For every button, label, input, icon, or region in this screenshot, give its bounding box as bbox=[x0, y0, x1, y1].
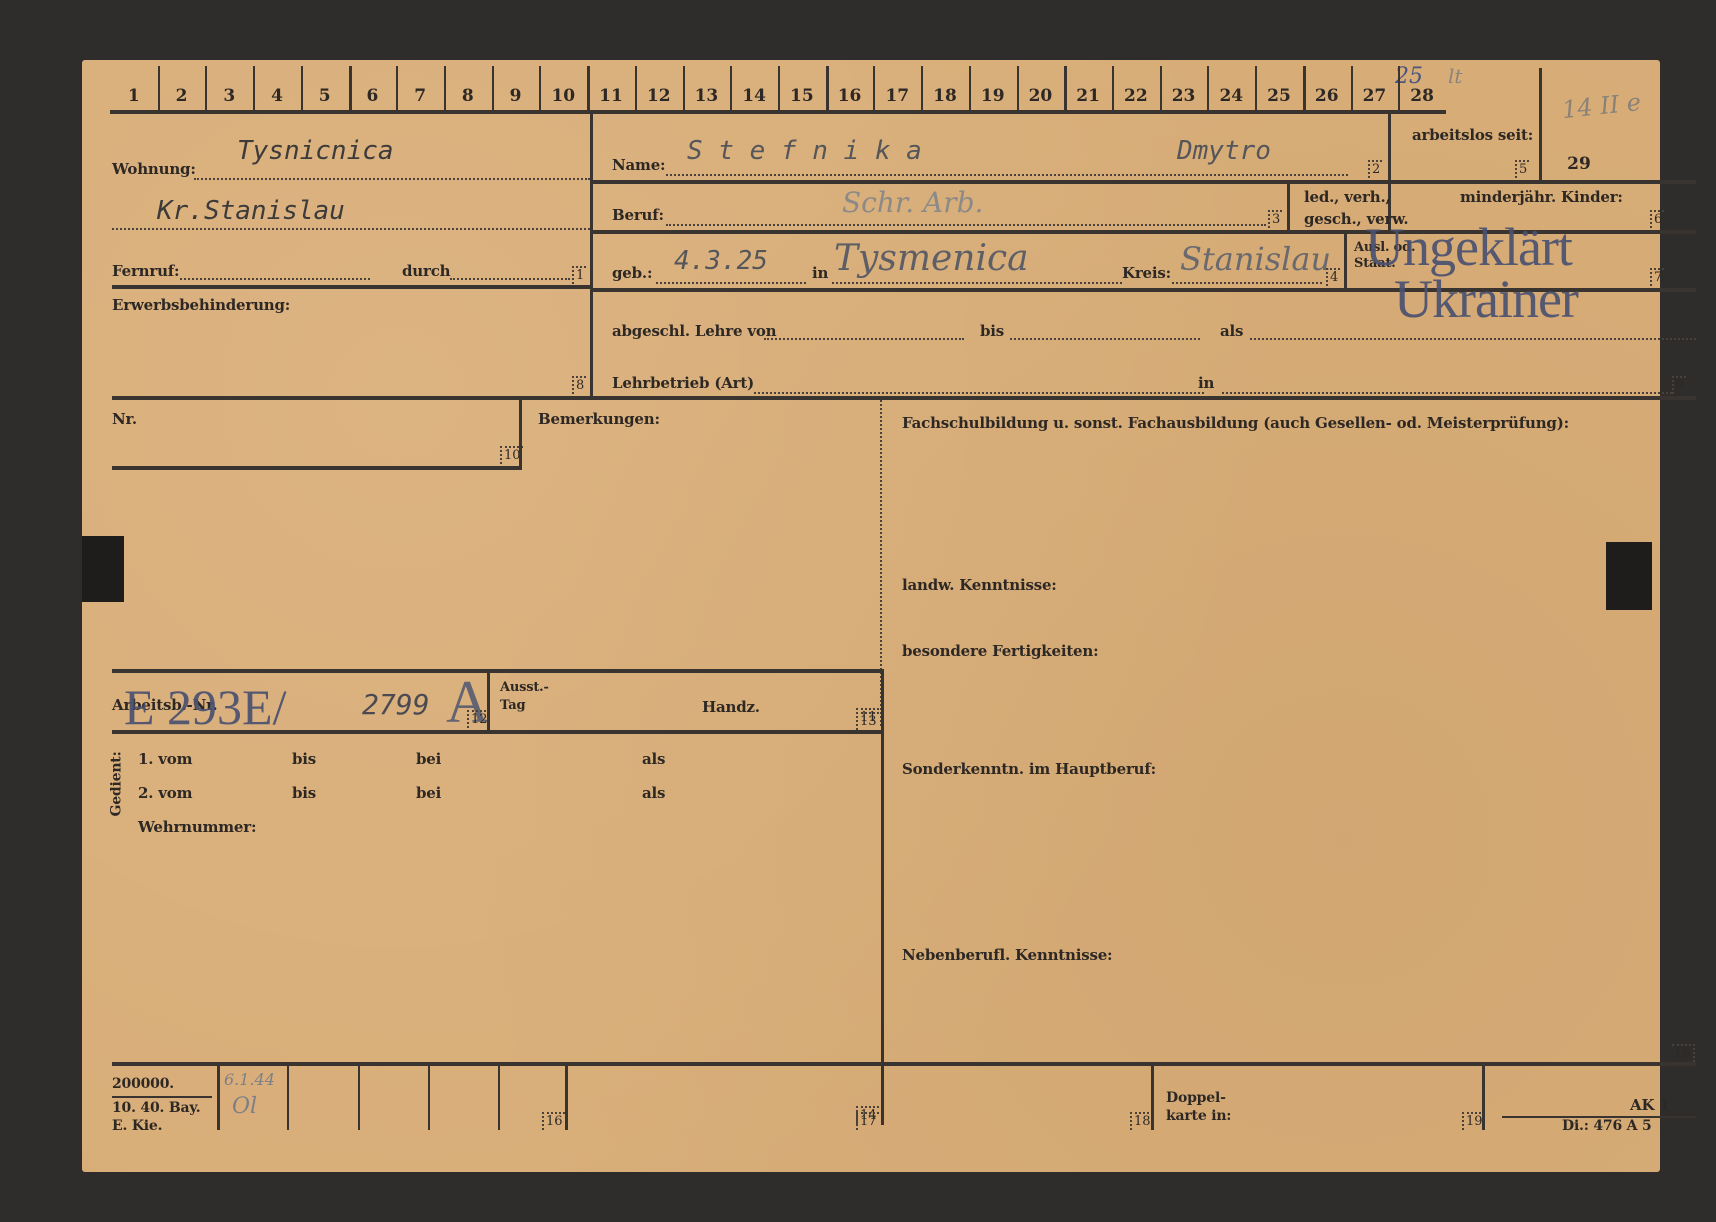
beruf-label: Beruf: bbox=[612, 206, 664, 224]
footer-hand-date: 6.1.44 bbox=[224, 1070, 275, 1089]
footer-divider-d bbox=[428, 1064, 430, 1130]
field-no-3: 3 bbox=[1268, 210, 1282, 228]
form-code: AK 1 bbox=[1630, 1096, 1670, 1114]
geb-place-line bbox=[832, 282, 1122, 284]
header-number-7: 7 bbox=[400, 86, 440, 106]
header-number-2: 2 bbox=[162, 86, 202, 106]
gedient-row1-bis: bis bbox=[292, 750, 316, 768]
divider-geb-staat bbox=[1344, 230, 1347, 288]
wohnung-value-line2: Kr.Stanislau bbox=[157, 196, 345, 226]
sonderkenntn-label: Sonderkenntn. im Hauptberuf: bbox=[902, 760, 1156, 778]
gedient-row2-als: als bbox=[642, 784, 665, 802]
header-column-divider bbox=[635, 66, 637, 110]
header-number-12: 12 bbox=[639, 86, 679, 106]
line-below-arbeitsbuch bbox=[112, 730, 884, 734]
header-number-9: 9 bbox=[496, 86, 536, 106]
handwritten-corner-note: 14 II e bbox=[1561, 88, 1642, 124]
header-column-divider bbox=[730, 66, 732, 110]
handwritten-above-27: lt bbox=[1448, 64, 1462, 88]
header-number-3: 3 bbox=[209, 86, 249, 106]
header-column-divider bbox=[492, 66, 494, 110]
header-number-6: 6 bbox=[352, 86, 392, 106]
header-number-27: 27 bbox=[1354, 86, 1394, 106]
header-number-10: 10 bbox=[543, 86, 583, 106]
header-number-26: 26 bbox=[1307, 86, 1347, 106]
field-no-6: 6 bbox=[1650, 210, 1664, 228]
header-column-divider bbox=[1398, 66, 1400, 110]
landw-label: landw. Kenntnisse: bbox=[902, 576, 1057, 594]
name-line bbox=[666, 174, 1348, 176]
header-column-divider bbox=[158, 66, 160, 110]
familienstand-label-1: led., verh., bbox=[1304, 188, 1391, 206]
gedient-row2-bei: bei bbox=[416, 784, 441, 802]
footer-divider-b bbox=[287, 1064, 289, 1130]
form-ref: Di.: 476 A 5 bbox=[1562, 1118, 1652, 1134]
divider-col-29 bbox=[1539, 68, 1542, 180]
kreis-line bbox=[1172, 282, 1322, 284]
kreis-label: Kreis: bbox=[1122, 264, 1171, 282]
besondere-label: besondere Fertigkeiten: bbox=[902, 642, 1098, 660]
header-number-28: 28 bbox=[1402, 86, 1442, 106]
lehre-als-line bbox=[1250, 338, 1696, 340]
durch-line bbox=[450, 278, 570, 280]
lehre-label: abgeschl. Lehre von bbox=[612, 322, 776, 340]
lehrbetrieb-line bbox=[754, 392, 1204, 394]
geb-date-line bbox=[656, 282, 806, 284]
arbeitslos-label: arbeitslos seit: bbox=[1412, 126, 1533, 144]
line-below-lehrbetrieb bbox=[112, 396, 1696, 400]
gedient-side-label: Gedient: bbox=[109, 751, 125, 816]
gedient-row2-bis: bis bbox=[292, 784, 316, 802]
field-no-15: 15 bbox=[1672, 1044, 1695, 1062]
header-column-divider bbox=[873, 66, 875, 110]
lehrbetrieb-in-label: in bbox=[1198, 374, 1214, 392]
print-line-2: 10. 40. Bay. bbox=[112, 1100, 200, 1116]
field-29-number: 29 bbox=[1559, 154, 1599, 174]
header-column-divider bbox=[778, 66, 780, 110]
line-below-name bbox=[592, 180, 1696, 184]
header-number-20: 20 bbox=[1020, 86, 1060, 106]
ausst-label-2: Tag bbox=[500, 698, 525, 713]
punch-mark-left bbox=[82, 536, 124, 602]
header-number-18: 18 bbox=[925, 86, 965, 106]
beruf-line bbox=[666, 224, 1266, 226]
stamp-ukrainer: Ukrainer bbox=[1394, 268, 1578, 330]
print-line-3: E. Kie. bbox=[112, 1118, 162, 1134]
lehre-bis-line bbox=[1010, 338, 1200, 340]
header-column-divider bbox=[1207, 66, 1209, 110]
header-number-15: 15 bbox=[782, 86, 822, 106]
header-number-5: 5 bbox=[305, 86, 345, 106]
header-column-divider bbox=[1064, 66, 1067, 110]
lehrbetrieb-in-line bbox=[1222, 392, 1672, 394]
wohnung-label: Wohnung: bbox=[112, 160, 196, 178]
punch-mark-right bbox=[1606, 542, 1652, 610]
field-no-17: 17 bbox=[856, 1112, 879, 1130]
arbeitsbuch-number: 2799 bbox=[362, 688, 429, 721]
doppelkarte-label-2: karte in: bbox=[1166, 1108, 1231, 1124]
header-column-divider bbox=[921, 66, 923, 110]
footer-hand-initials: Ol bbox=[232, 1094, 257, 1119]
header-number-23: 23 bbox=[1164, 86, 1204, 106]
field-no-4: 4 bbox=[1326, 268, 1340, 286]
fernruf-line bbox=[180, 278, 370, 280]
header-column-divider bbox=[1255, 66, 1257, 110]
header-column-divider bbox=[1160, 66, 1162, 110]
header-column-divider bbox=[205, 66, 207, 110]
header-column-divider bbox=[1017, 66, 1019, 110]
divider-nr-bemerkungen bbox=[519, 398, 522, 470]
footer-divider-e bbox=[498, 1064, 500, 1130]
wohnung-line-2 bbox=[112, 228, 590, 230]
gedient-row1-als: als bbox=[642, 750, 665, 768]
header-number-4: 4 bbox=[257, 86, 297, 106]
field-no-5: 5 bbox=[1515, 160, 1529, 178]
line-bottom-strip bbox=[112, 1062, 1696, 1066]
header-number-11: 11 bbox=[591, 86, 631, 106]
header-column-divider bbox=[1303, 66, 1306, 110]
doppelkarte-label-1: Doppel- bbox=[1166, 1090, 1226, 1106]
lehre-als-label: als bbox=[1220, 322, 1243, 340]
header-bottom-line bbox=[110, 110, 1446, 114]
header-column-divider bbox=[539, 66, 541, 110]
handz-label: Handz. bbox=[702, 698, 760, 716]
fachschule-label: Fachschulbildung u. sonst. Fachausbildun… bbox=[902, 414, 1569, 432]
header-number-19: 19 bbox=[973, 86, 1013, 106]
header-column-divider bbox=[1112, 66, 1114, 110]
field-no-13: 13 bbox=[856, 712, 879, 730]
wehrnummer-label: Wehrnummer: bbox=[138, 818, 256, 836]
header-column-divider bbox=[253, 66, 255, 110]
header-number-21: 21 bbox=[1068, 86, 1108, 106]
birth-date-value: 4.3.25 bbox=[674, 246, 768, 276]
birth-place-value: Tysmenica bbox=[834, 238, 1029, 279]
header-number-25: 25 bbox=[1259, 86, 1299, 106]
lehrbetrieb-label: Lehrbetrieb (Art) bbox=[612, 374, 754, 392]
lehre-von-line bbox=[764, 338, 964, 340]
field-no-16: 16 bbox=[542, 1112, 565, 1130]
lehre-bis-label: bis bbox=[980, 322, 1004, 340]
header-number-24: 24 bbox=[1211, 86, 1251, 106]
line-below-fernruf bbox=[112, 285, 592, 289]
field-no-8: 8 bbox=[572, 376, 586, 394]
header-column-divider bbox=[1351, 66, 1353, 110]
geb-in-label: in bbox=[812, 264, 828, 282]
field-no-2: 2 bbox=[1368, 160, 1382, 178]
footer-divider-h bbox=[1482, 1064, 1485, 1130]
beruf-value: Schr. Arb. bbox=[842, 186, 983, 219]
gedient-row1-vom: 1. vom bbox=[138, 750, 192, 768]
line-top-arbeitsbuch bbox=[112, 669, 884, 673]
gedient-row2-vom: 2. vom bbox=[138, 784, 192, 802]
header-column-divider bbox=[826, 66, 829, 110]
line-below-nr bbox=[112, 466, 522, 470]
ausst-label-1: Ausst.- bbox=[500, 680, 549, 695]
kinder-label: minderjähr. Kinder: bbox=[1460, 188, 1623, 206]
footer-divider-a bbox=[217, 1064, 220, 1130]
index-card: 25 lt 14 II e 29 Wohnung: Tysnicnica Kr.… bbox=[82, 60, 1660, 1172]
header-column-divider bbox=[969, 66, 971, 110]
given-name-value: Dmytro bbox=[1177, 136, 1271, 166]
print-run: 200000. bbox=[112, 1076, 174, 1092]
durch-label: durch bbox=[402, 262, 450, 280]
header-column-divider bbox=[683, 66, 685, 110]
footer-divider-f bbox=[565, 1064, 568, 1130]
header-number-16: 16 bbox=[830, 86, 870, 106]
header-column-divider bbox=[301, 66, 303, 110]
bemerkungen-label: Bemerkungen: bbox=[538, 410, 660, 428]
field-no-18: 18 bbox=[1130, 1112, 1153, 1130]
surname-value: S t e f n i k a bbox=[687, 136, 922, 166]
divider-arbeitsbuch-ausst bbox=[487, 669, 490, 733]
divider-right-bemerkungen-lower bbox=[881, 669, 884, 1125]
wohnung-line-1 bbox=[194, 178, 590, 180]
gedient-row1-bei: bei bbox=[416, 750, 441, 768]
header-column-divider bbox=[444, 66, 446, 110]
nr-label: Nr. bbox=[112, 410, 137, 428]
header-number-22: 22 bbox=[1116, 86, 1156, 106]
fernruf-label: Fernruf: bbox=[112, 262, 179, 280]
header-number-17: 17 bbox=[877, 86, 917, 106]
divider-beruf-familienstand bbox=[1287, 180, 1290, 232]
header-number-13: 13 bbox=[686, 86, 726, 106]
footer-divider-c bbox=[358, 1064, 360, 1130]
header-column-divider bbox=[349, 66, 352, 110]
arbeitsbuch-stamp: E 293E/ bbox=[124, 678, 286, 736]
header-column-divider bbox=[396, 66, 398, 110]
geb-label: geb.: bbox=[612, 264, 652, 282]
field-no-1: 1 bbox=[572, 266, 586, 284]
divider-left-name bbox=[590, 110, 593, 400]
kreis-value: Stanislau bbox=[1180, 240, 1331, 278]
footer-divider-g bbox=[1151, 1064, 1154, 1130]
field-no-9: 9 bbox=[1672, 376, 1686, 394]
field-no-7: 7 bbox=[1650, 268, 1664, 286]
name-label: Name: bbox=[612, 156, 665, 174]
header-number-14: 14 bbox=[734, 86, 774, 106]
wohnung-value-line1: Tysnicnica bbox=[237, 136, 394, 166]
erwerbsbehinderung-label: Erwerbsbehinderung: bbox=[112, 296, 290, 314]
nebenberufl-label: Nebenberufl. Kenntnisse: bbox=[902, 946, 1112, 964]
print-run-underline bbox=[112, 1096, 212, 1098]
header-column-divider bbox=[587, 66, 590, 110]
header-number-1: 1 bbox=[114, 86, 154, 106]
header-number-8: 8 bbox=[448, 86, 488, 106]
